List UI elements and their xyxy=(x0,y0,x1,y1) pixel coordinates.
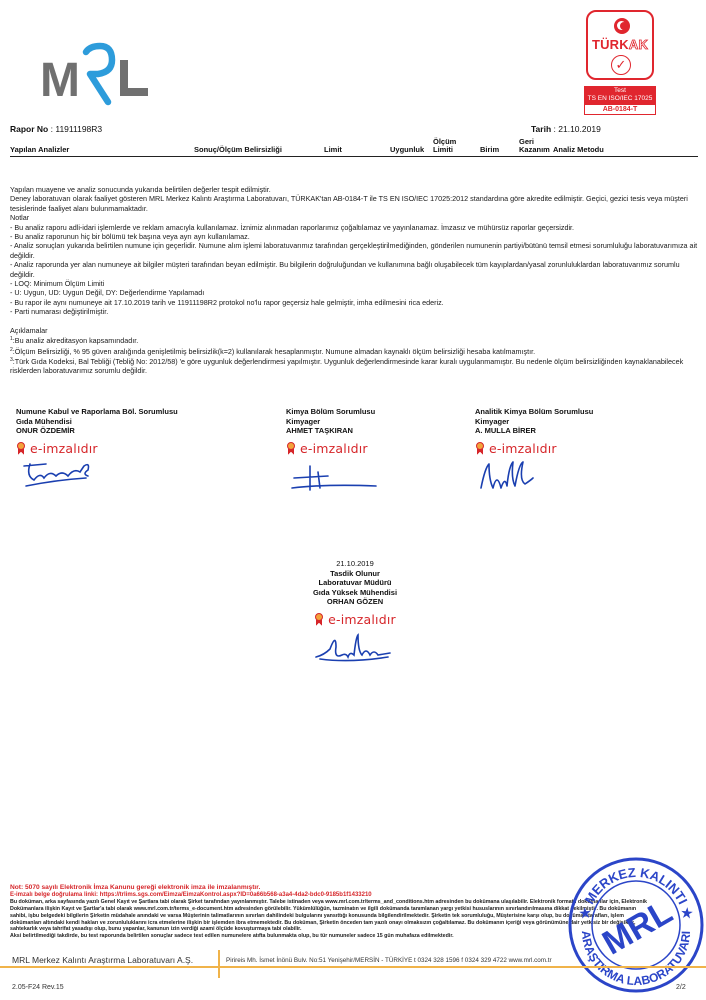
turkak-test-label: Test xyxy=(584,87,656,95)
footer-address: Pirireis Mh. İsmet İnönü Bulv. No:51 Yen… xyxy=(226,957,552,964)
explanation-item: 2:Ölçüm Belirsizliği, % 95 güven aralığı… xyxy=(10,346,700,356)
handwritten-signature xyxy=(475,458,555,494)
signature-block-analytical-chemistry: Analitik Kimya Bölüm Sorumlusu Kimyager … xyxy=(475,407,705,494)
signer-name: ONUR ÖZDEMİR xyxy=(16,426,246,436)
legal-disclaimer: Not: 5070 sayılı Elektronik İmza Kanunu … xyxy=(10,884,650,940)
notes-title: Notlar xyxy=(10,213,700,222)
manager-name: ORHAN GÖZEN xyxy=(230,597,480,607)
crescent-star-icon xyxy=(614,18,630,34)
turkak-frame: TÜRKAK ✓ xyxy=(586,10,654,80)
report-number: Rapor No : 11911198R3 xyxy=(10,124,102,134)
turkak-wordmark: TÜRKAK xyxy=(588,37,652,52)
footer-divider xyxy=(0,966,706,968)
col-measurement-limit: ÖlçümLimiti xyxy=(433,138,456,154)
retention-note: Aksi belirtilmediği takdirde, bu test ra… xyxy=(10,933,650,940)
award-ribbon-icon xyxy=(286,442,296,456)
note-item: - Analiz raporunda yer alan numuneye ait… xyxy=(10,260,700,279)
lab-manager-approval: 21.10.2019 Tasdik Olunur Laboratuvar Müd… xyxy=(230,559,480,663)
turkak-standard-band: Test TS EN ISO/IEC 17025 AB-0184-T xyxy=(584,86,656,115)
report-notes: Yapılan muayene ve analiz sonucunda yuka… xyxy=(10,185,700,376)
page-number: 2/2 xyxy=(676,984,686,991)
turkak-accreditation-badge: TÜRKAK ✓ Test TS EN ISO/IEC 17025 AB-018… xyxy=(584,10,656,120)
terms-paragraph: Bu doküman, arka sayfasında yazılı Genel… xyxy=(10,899,650,933)
award-ribbon-icon xyxy=(475,442,485,456)
e-signature-badge: e-imzalıdır xyxy=(16,442,246,456)
explanations-title: Açıklamalar xyxy=(10,326,700,335)
award-ribbon-icon xyxy=(16,442,26,456)
col-limit: Limit xyxy=(324,146,342,154)
svg-text:M: M xyxy=(40,54,80,107)
e-signature-law-note: Not: 5070 sayılı Elektronik İmza Kanunu … xyxy=(10,884,650,892)
signature-block-reception: Numune Kabul ve Raporlama Böl. Sorumlusu… xyxy=(16,407,246,494)
col-recovery: GeriKazanım xyxy=(519,138,550,154)
accreditation-statement: Deney laboratuvarı olarak faaliyet göste… xyxy=(10,194,700,213)
turkak-standard: TS EN ISO/IEC 17025 xyxy=(584,95,656,103)
note-item: - Bu analiz raporunun hiç bir bölümü tek… xyxy=(10,232,700,241)
form-code: 2.05-F24 Rev.15 xyxy=(12,984,64,991)
intro-statement: Yapılan muayene ve analiz sonucunda yuka… xyxy=(10,185,700,194)
signer-title: Kimyager xyxy=(475,417,705,427)
e-signature-badge: e-imzalıdır xyxy=(230,613,480,627)
signer-role: Numune Kabul ve Raporlama Böl. Sorumlusu xyxy=(16,407,246,417)
col-analysis-method: Analiz Metodu xyxy=(553,146,604,154)
signer-role: Analitik Kimya Bölüm Sorumlusu xyxy=(475,407,705,417)
handwritten-signature xyxy=(286,458,386,494)
check-circle-icon: ✓ xyxy=(611,55,631,75)
col-unit: Birim xyxy=(480,146,499,154)
note-item: - Bu rapor ile aynı numuneye ait 17.10.2… xyxy=(10,298,700,307)
svg-text:MRL: MRL xyxy=(596,893,679,963)
signer-title: Gıda Mühendisi xyxy=(16,417,246,427)
note-item: - U: Uygun, UD: Uygun Değil, DY: Değerle… xyxy=(10,288,700,297)
note-item: - Analiz sonuçları yukarıda belirtilen n… xyxy=(10,241,700,260)
award-ribbon-icon xyxy=(314,613,324,627)
explanation-item: 1:Bu analiz akreditasyon kapsamındadır. xyxy=(10,335,700,345)
footer-vertical-divider xyxy=(218,950,220,978)
col-analyses: Yapılan Analizler xyxy=(10,146,69,154)
results-table-header: Yapılan Analizler Sonuç/Ölçüm Belirsizli… xyxy=(10,137,698,157)
turkak-accreditation-code: AB-0184-T xyxy=(584,104,656,115)
note-item: - Parti numarası değiştirilmiştir. xyxy=(10,307,700,316)
report-date: Tarih : 21.10.2019 xyxy=(531,124,601,134)
mrl-logo: M xyxy=(38,40,153,110)
note-item: - LOQ: Minimum Ölçüm Limiti xyxy=(10,279,700,288)
approval-label: Tasdik Olunur xyxy=(230,569,480,579)
explanation-item: 3:Türk Gıda Kodeksi, Bal Tebliği (Tebliğ… xyxy=(10,356,700,376)
manager-role: Laboratuvar Müdürü xyxy=(230,578,480,588)
signer-name: A. MULLA BİRER xyxy=(475,426,705,436)
col-result-uncertainty: Sonuç/Ölçüm Belirsizliği xyxy=(194,146,282,154)
footer-company-name: MRL Merkez Kalıntı Araştırma Laboratuvar… xyxy=(12,955,193,965)
e-signature-badge: e-imzalıdır xyxy=(475,442,705,456)
manager-title: Gıda Yüksek Mühendisi xyxy=(230,588,480,598)
company-seal-stamp: ★ MERKEZ KALINTI ★ ARAŞTIRMA LABORATUVAR… xyxy=(566,855,706,995)
handwritten-signature xyxy=(16,458,106,494)
handwritten-signature xyxy=(310,629,400,663)
verification-link[interactable]: E-imzalı belge doğrulama linki: https://… xyxy=(10,892,650,899)
col-conformity: Uygunluk xyxy=(390,146,424,154)
approval-date: 21.10.2019 xyxy=(230,559,480,569)
note-item: - Bu analiz raporu adli-idari işlemlerde… xyxy=(10,223,700,232)
